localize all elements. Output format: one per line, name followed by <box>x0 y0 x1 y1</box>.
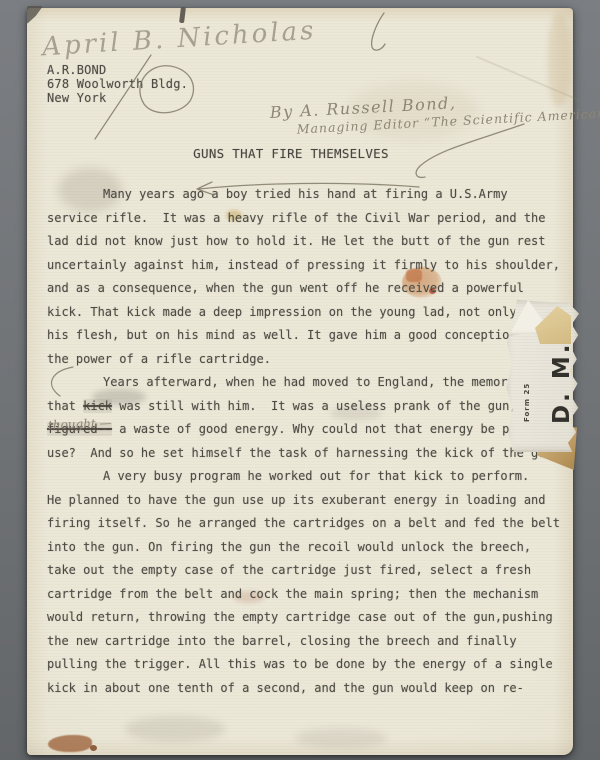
typed-line: He planned to have the gun use up its ex… <box>47 489 572 513</box>
typed-line: uncertainly against him, instead of pres… <box>47 254 572 278</box>
typed-line: that kick was still with him. It was a u… <box>47 395 572 419</box>
typed-line: A very busy program he worked out for th… <box>47 465 572 489</box>
typed-line: take out the empty case of the cartridge… <box>47 559 572 583</box>
struck-text: kick <box>83 399 112 413</box>
typed-line: cartridge from the belt and cock the mai… <box>47 583 572 607</box>
typed-line: Many years ago a boy tried his hand at f… <box>47 183 572 207</box>
typed-line: would return, throwing the empty cartrid… <box>47 606 572 630</box>
typed-line: Years afterward, when he had moved to En… <box>47 371 572 395</box>
author-name: A.R.BOND <box>47 64 188 78</box>
stain <box>295 728 387 748</box>
typed-line: into the gun. On firing the gun the reco… <box>47 536 572 560</box>
stain <box>125 716 225 742</box>
stain <box>48 735 92 752</box>
typed-line: and as a consequence, when the gun went … <box>47 277 572 301</box>
stain <box>90 745 97 751</box>
typed-line: use? And so he set himself the task of h… <box>47 442 572 466</box>
author-address-block: A.R.BOND 678 Woolworth Bldg. New York <box>47 64 188 105</box>
document-title: GUNS THAT FIRE THEMSELVES <box>31 146 551 161</box>
typed-line: the new cartridge into the barrel, closi… <box>47 630 572 654</box>
typed-line: kick in about one tenth of a second, and… <box>47 677 572 701</box>
typed-line: firing itself. So he arranged the cartri… <box>47 512 572 536</box>
patch-form-text: Form 25 <box>523 380 531 422</box>
typed-line: the power of a rifle cartridge. <box>47 348 572 372</box>
typed-line: kick. That kick made a deep impression o… <box>47 301 572 325</box>
typed-body: Many years ago a boy tried his hand at f… <box>47 183 572 700</box>
author-city: New York <box>47 92 188 106</box>
pencil-correction-word: thought — <box>48 416 112 432</box>
typed-line: figured-- a waste of good energy. Why co… <box>47 418 572 442</box>
typed-line: pulling the trigger. All this was to be … <box>47 653 572 677</box>
author-address-line: 678 Woolworth Bldg. <box>47 78 188 92</box>
typed-line: lad did not know just how to hold it. He… <box>47 230 572 254</box>
scanned-manuscript-scene: A.R.BOND 678 Woolworth Bldg. New York GU… <box>0 0 600 760</box>
typed-line: his flesh, but on his mind as well. It g… <box>47 324 572 348</box>
typed-line: service rifle. It was a heavy rifle of t… <box>47 207 572 231</box>
patch-stamp-text: D. M. <box>549 328 575 424</box>
attached-paper-patch: D. M. Form 25 <box>505 300 579 452</box>
